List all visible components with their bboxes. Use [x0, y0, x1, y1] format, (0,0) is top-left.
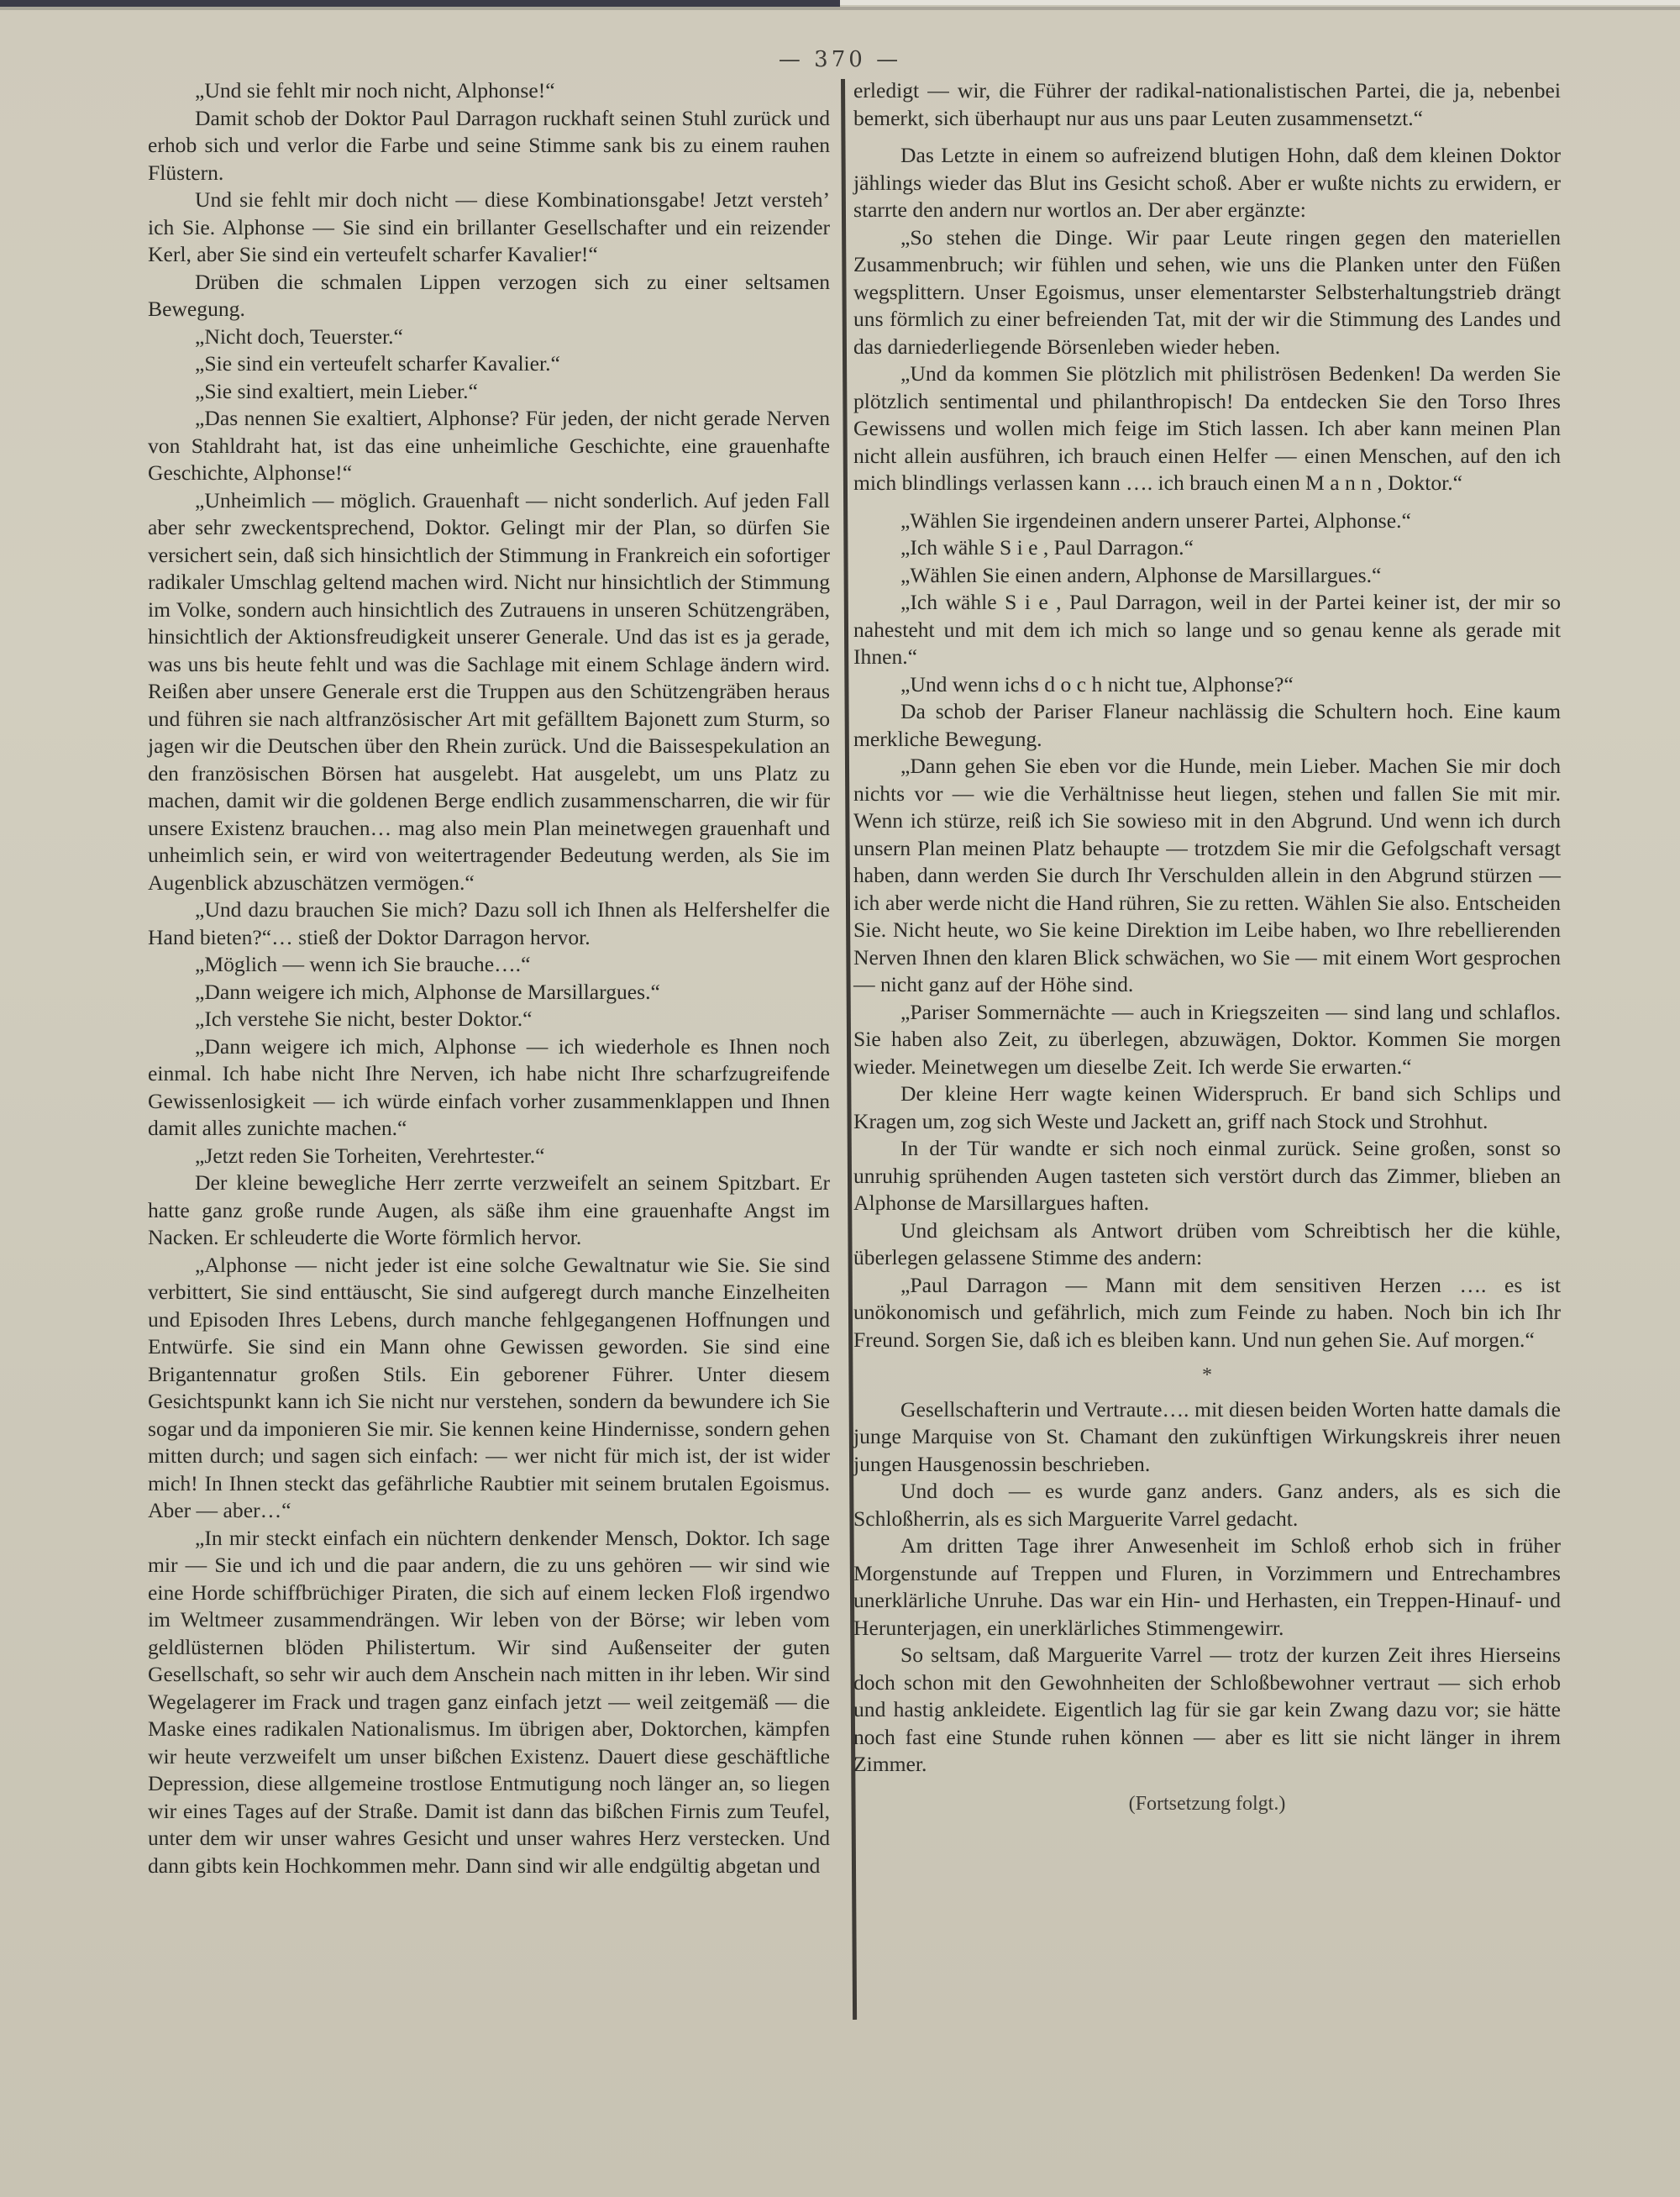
- paragraph: „Möglich — wenn ich Sie brauche….“: [148, 951, 830, 979]
- paragraph: Am dritten Tage ihrer Anwesenheit im Sch…: [853, 1532, 1561, 1642]
- paragraph: „Unheimlich — möglich. Grauenhaft — nich…: [148, 487, 830, 897]
- paragraph: In der Tür wandte er sich noch einmal zu…: [853, 1135, 1561, 1217]
- paragraph: „So stehen die Dinge. Wir paar Leute rin…: [853, 224, 1561, 361]
- page-number: — 370 —: [0, 47, 1680, 72]
- paragraph: „Sie sind ein verteufelt scharfer Kavali…: [148, 350, 830, 378]
- paragraph: Und sie fehlt mir doch nicht — diese Kom…: [148, 187, 830, 269]
- paragraph: Und doch — es wurde ganz anders. Ganz an…: [853, 1478, 1561, 1532]
- paragraph: „Das nennen Sie exaltiert, Alphonse? Für…: [148, 405, 830, 487]
- paragraph: „Dann weigere ich mich, Alphonse de Mars…: [148, 979, 830, 1007]
- paragraph: „Ich wähle S i e , Paul Darragon, weil i…: [853, 589, 1561, 671]
- paragraph: Gesellschafterin und Vertraute…. mit die…: [853, 1396, 1561, 1479]
- paragraph: Der kleine bewegliche Herr zerrte verzwe…: [148, 1169, 830, 1252]
- paragraph: Damit schob der Doktor Paul Darragon ruc…: [148, 105, 830, 187]
- paragraph: „Ich wähle S i e , Paul Darragon.“: [853, 534, 1561, 562]
- paragraph: „Ich verstehe Sie nicht, bester Doktor.“: [148, 1006, 830, 1033]
- paragraph: „Nicht doch, Teuerster.“: [148, 323, 830, 351]
- paragraph: erledigt — wir, die Führer der radikal-n…: [853, 77, 1561, 132]
- section-break-asterisk: *: [853, 1362, 1561, 1390]
- paragraph: „Dann gehen Sie eben vor die Hunde, mein…: [853, 753, 1561, 999]
- paragraph: „Und wenn ichs d o c h nicht tue, Alphon…: [853, 671, 1561, 699]
- paragraph: „Paul Darragon — Mann mit dem sensitiven…: [853, 1272, 1561, 1354]
- paragraph: „Wählen Sie irgendeinen andern unserer P…: [853, 507, 1561, 535]
- scan-edge-light: [840, 0, 1680, 5]
- paragraph: „Und da kommen Sie plötzlich mit philist…: [853, 360, 1561, 497]
- paragraph: „Und sie fehlt mir noch nicht, Alphonse!…: [148, 77, 830, 105]
- continuation-note: (Fortsetzung folgt.): [853, 1790, 1561, 1818]
- newspaper-page: — 370 — „Und sie fehlt mir noch nicht, A…: [0, 7, 1680, 2197]
- paragraph: Der kleine Herr wagte keinen Widerspruch…: [853, 1080, 1561, 1135]
- right-column: erledigt — wir, die Führer der radikal-n…: [853, 77, 1561, 1817]
- paragraph: „Dann weigere ich mich, Alphonse — ich w…: [148, 1033, 830, 1143]
- paragraph: „Pariser Sommernächte — auch in Kriegsze…: [853, 999, 1561, 1081]
- paragraph: Drüben die schmalen Lippen verzogen sich…: [148, 269, 830, 323]
- paragraph: „Alphonse — nicht jeder ist eine solche …: [148, 1252, 830, 1525]
- paragraph: Da schob der Pariser Flaneur nachlässig …: [853, 698, 1561, 753]
- paragraph: „Jetzt reden Sie Torheiten, Verehrtester…: [148, 1143, 830, 1170]
- paragraph: Das Letzte in einem so aufreizend blutig…: [853, 142, 1561, 224]
- paragraph: „Und dazu brauchen Sie mich? Dazu soll i…: [148, 896, 830, 951]
- left-column: „Und sie fehlt mir noch nicht, Alphonse!…: [148, 77, 830, 1879]
- paragraph: „Wählen Sie einen andern, Alphonse de Ma…: [853, 562, 1561, 590]
- paragraph: „Sie sind exaltiert, mein Lieber.“: [148, 378, 830, 406]
- paragraph: „In mir steckt einfach ein nüchtern denk…: [148, 1525, 830, 1880]
- paragraph: Und gleichsam als Antwort drüben vom Sch…: [853, 1217, 1561, 1272]
- paragraph: So seltsam, daß Marguerite Varrel — trot…: [853, 1642, 1561, 1779]
